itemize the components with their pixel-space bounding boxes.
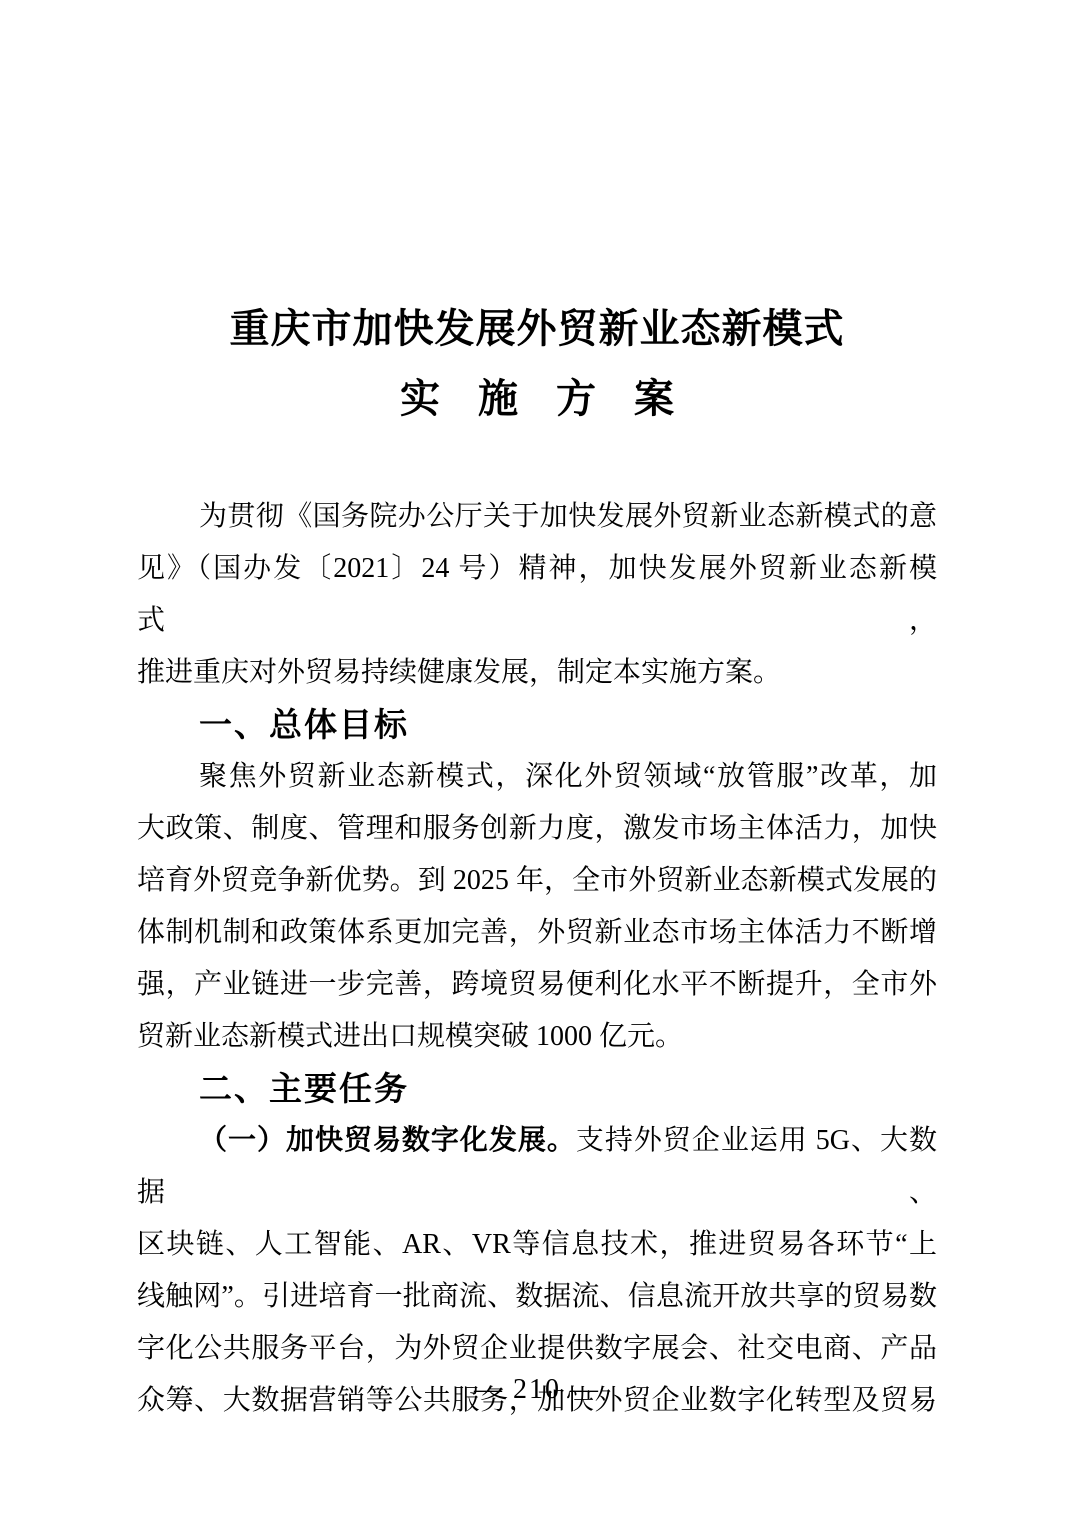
document-page: 重庆市加快发展外贸新业态新模式 实施方案 为贯彻《国务院办公厅关于加快发展外贸新… — [0, 0, 1074, 1520]
page-number: — 210 — — [474, 1374, 600, 1405]
section-1-paragraph-line: 大政策、制度、管理和服务创新力度，激发市场主体活力，加快 — [137, 803, 937, 855]
section-1-paragraph-line: 体制机制和政策体系更加完善，外贸新业态市场主体活力不断增 — [137, 907, 937, 959]
document-body: 为贯彻《国务院办公厅关于加快发展外贸新业态新模式的意 见》（国办发〔2021〕2… — [137, 491, 937, 1427]
section-2-item-1-lead: （一）加快贸易数字化发展。 — [199, 1125, 576, 1156]
section-1-heading: 一、总体目标 — [137, 699, 937, 751]
title-line-2: 实施方案 — [137, 364, 937, 434]
document-content: 重庆市加快发展外贸新业态新模式 实施方案 为贯彻《国务院办公厅关于加快发展外贸新… — [0, 0, 1074, 1427]
intro-paragraph-line: 见》（国办发〔2021〕24 号）精神，加快发展外贸新业态新模式， — [137, 543, 937, 647]
title-line-1: 重庆市加快发展外贸新业态新模式 — [137, 294, 937, 364]
section-2-item-1-line: 区块链、人工智能、AR、VR等信息技术，推进贸易各环节“上 — [137, 1219, 937, 1271]
section-1-paragraph-line: 强，产业链进一步完善，跨境贸易便利化水平不断提升，全市外 — [137, 959, 937, 1011]
section-2-item-1-line: 线触网”。引进培育一批商流、数据流、信息流开放共享的贸易数 — [137, 1271, 937, 1323]
intro-paragraph-line: 为贯彻《国务院办公厅关于加快发展外贸新业态新模式的意 — [137, 491, 937, 543]
page-footer: — 210 — — [0, 1374, 1074, 1406]
section-1-paragraph-line: 聚焦外贸新业态新模式，深化外贸领域“放管服”改革，加 — [137, 751, 937, 803]
section-2-item-1-line: （一）加快贸易数字化发展。支持外贸企业运用 5G、大数据、 — [137, 1115, 937, 1219]
section-2-item-1-line: 字化公共服务平台，为外贸企业提供数字展会、社交电商、产品 — [137, 1323, 937, 1375]
intro-paragraph-line: 推进重庆对外贸易持续健康发展，制定本实施方案。 — [137, 647, 937, 699]
section-1-paragraph-line: 贸新业态新模式进出口规模突破 1000 亿元。 — [137, 1011, 937, 1063]
document-title: 重庆市加快发展外贸新业态新模式 实施方案 — [137, 0, 937, 434]
section-1-paragraph-line: 培育外贸竞争新优势。到 2025 年，全市外贸新业态新模式发展的 — [137, 855, 937, 907]
section-2-heading: 二、主要任务 — [137, 1063, 937, 1115]
